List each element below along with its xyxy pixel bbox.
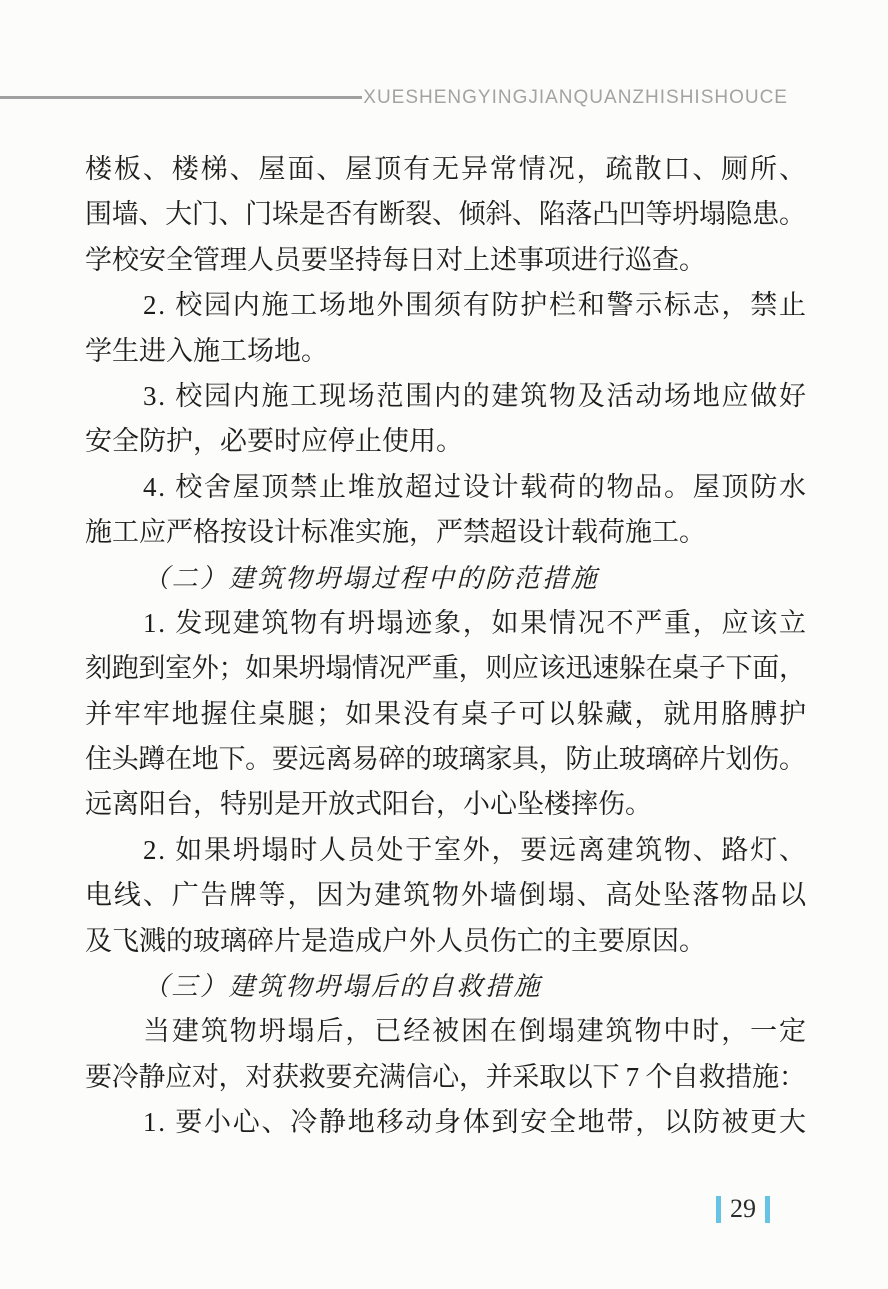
running-title: XUESHENGYINGJIANQUANZHISHISHOUCE [363,84,788,112]
text-line: 学生进入施工场地。 [85,329,806,374]
text-line: 4. 校舍屋顶禁止堆放超过设计载荷的物品。屋顶防水 [85,465,806,510]
text-line: 并牢牢地握住桌腿；如果没有桌子可以躲藏，就用胳膊护 [85,692,806,737]
text-line: 住头蹲在地下。要远离易碎的玻璃家具，防止玻璃碎片划伤。 [85,737,806,782]
text-line: 远离阳台，特别是开放式阳台，小心坠楼摔伤。 [85,782,806,827]
text-line: 3. 校园内施工现场范围内的建筑物及活动场地应做好 [85,374,806,419]
text-line: 及飞溅的玻璃碎片是造成户外人员伤亡的主要原因。 [85,919,806,964]
text-line: 安全防护，必要时应停止使用。 [85,419,806,464]
header-rule [0,96,362,99]
page-footer: 29 [716,1194,770,1224]
text-line: 电线、广告牌等，因为建筑物外墙倒塌、高处坠落物品以 [85,873,806,918]
text-line: 1. 发现建筑物有坍塌迹象，如果情况不严重，应该立 [85,601,806,646]
page-number: 29 [721,1194,765,1224]
text-line: 当建筑物坍塌后，已经被困在倒塌建筑物中时，一定 [85,1009,806,1054]
text-line: 2. 校园内施工场地外围须有防护栏和警示标志，禁止 [85,283,806,328]
text-line: 1. 要小心、冷静地移动身体到安全地带，以防被更大 [85,1100,806,1145]
body-text: 楼板、楼梯、屋面、屋顶有无异常情况，疏散口、厕所、围墙、大门、门垛是否有断裂、倾… [85,147,806,1146]
text-line: 围墙、大门、门垛是否有断裂、倾斜、陷落凸凹等坍塌隐患。 [85,192,806,237]
text-line: 学校安全管理人员要坚持每日对上述事项进行巡查。 [85,238,806,283]
section-heading: （二）建筑物坍塌过程中的防范措施 [85,556,806,601]
page-header: XUESHENGYINGJIANQUANZHISHISHOUCE [0,84,888,112]
text-line: 楼板、楼梯、屋面、屋顶有无异常情况，疏散口、厕所、 [85,147,806,192]
text-line: 施工应严格按设计标准实施，严禁超设计载荷施工。 [85,510,806,555]
section-heading: （三）建筑物坍塌后的自救措施 [85,964,806,1009]
page-number-bar-right [765,1196,770,1223]
text-line: 要冷静应对，对获救要充满信心，并采取以下 7 个自救措施： [85,1055,806,1100]
document-page: XUESHENGYINGJIANQUANZHISHISHOUCE 楼板、楼梯、屋… [0,0,888,1289]
text-line: 2. 如果坍塌时人员处于室外，要远离建筑物、路灯、 [85,828,806,873]
text-line: 刻跑到室外；如果坍塌情况严重，则应该迅速躲在桌子下面， [85,646,806,691]
